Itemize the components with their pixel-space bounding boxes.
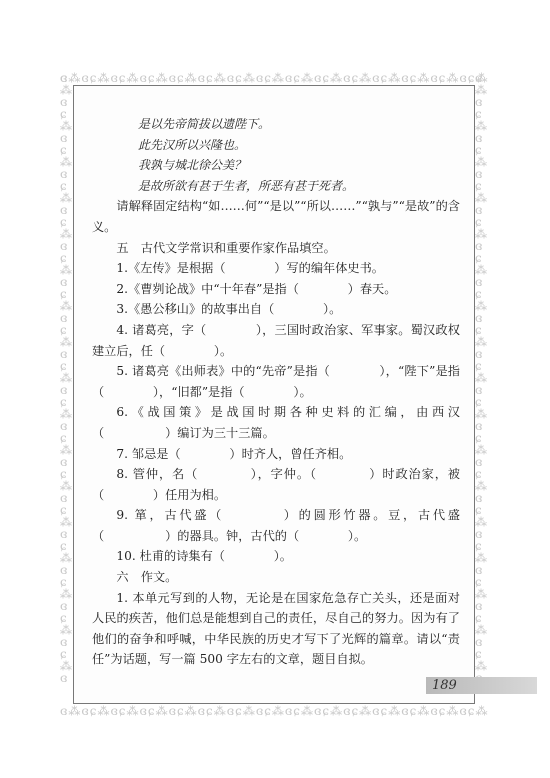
border-bottom-ornament: ɞ⁂ɞɕ⁂ɞɕ⁂ɞɕ⁂ɞɕ⁂ɞɕ⁂ɞɕ⁂ɞɕ⁂ɞɕ⁂ɞɕ⁂ɞɕ⁂ɞɕ⁂ɞɕ⁂ɞɕ… [60,705,488,718]
poem-line: 是故所欲有甚于生者，所恶有甚于死者。 [92,176,460,197]
fill-blank-item: 5. 诸葛亮《出师表》中的“先帝”是指（ ），“陛下”是指（ ），“旧都”是指（… [92,361,460,402]
border-top-ornament: ɞ⁂ɞɕ⁂ɞɕ⁂ɞɕ⁂ɞɕ⁂ɞɕ⁂ɞɕ⁂ɞɕ⁂ɞɕ⁂ɞɕ⁂ɞɕ⁂ɞɕ⁂ɞɕ⁂ɞɕ… [60,72,488,85]
essay-prompt: 1. 本单元写到的人物，无论是在国家危急存亡关头，还是面对人民的疾苦，他们总是能… [92,588,460,670]
fill-blank-item: 3.《愚公移山》的故事出自（ ）。 [92,299,460,320]
fill-blank-item: 8. 管仲，名（ ），字仲。（ ）时政治家，被（ ）任用为相。 [92,464,460,505]
page-number: 189 [432,678,457,693]
border-left-ornament: ɞ⁂ɞɕ⁂ɞɕ⁂ɞɕ⁂ɞɕ⁂ɞɕ⁂ɞɕ⁂ɞɕ⁂ɞɕ⁂ɞɕ⁂ɞɕ⁂ɞɕ⁂ɞɕ⁂ɞɕ… [60,72,73,718]
fill-blank-item: 4. 诸葛亮，字（ ），三国时政治家、军事家。蜀汉政权建立后，任（ ）。 [92,320,460,361]
border-right-ornament: ɞ⁂ɞɕ⁂ɞɕ⁂ɞɕ⁂ɞɕ⁂ɞɕ⁂ɞɕ⁂ɞɕ⁂ɞɕ⁂ɞɕ⁂ɞɕ⁂ɞɕ⁂ɞɕ⁂ɞɕ… [475,72,488,718]
fill-blank-item: 2.《曹刿论战》中“十年春”是指（ ）春天。 [92,279,460,300]
fill-blank-item: 7. 邹忌是（ ）时齐人，曾任齐相。 [92,444,460,465]
poem-line: 是以先帝简拔以遗陛下。 [92,114,460,135]
fill-blank-item: 6.《战国策》是战国时期各种史料的汇编，由西汉（ ）编订为三十三篇。 [92,402,460,443]
fill-blank-item: 10. 杜甫的诗集有（ ）。 [92,546,460,567]
section-5-title: 五 古代文学常识和重要作家作品填空。 [92,238,460,259]
page-number-tab: 189 [426,677,537,694]
fill-blank-item: 1.《左传》是根据（ ）写的编年体史书。 [92,258,460,279]
poem-line: 我孰与城北徐公美？ [92,155,460,176]
instruction-text: 请解释固定结构“如……何”“是以”“所以……”“孰与”“是故”的含义。 [92,196,460,237]
poem-line: 此先汉所以兴隆也。 [92,135,460,156]
page-content: 是以先帝简拔以遗陛下。 此先汉所以兴隆也。 我孰与城北徐公美？ 是故所欲有甚于生… [92,114,460,670]
fill-blank-item: 9. 箪，古代盛（ ）的圆形竹器。豆，古代盛（ ）的器具。钟，古代的（ ）。 [92,505,460,546]
section-6-title: 六 作文。 [92,567,460,588]
